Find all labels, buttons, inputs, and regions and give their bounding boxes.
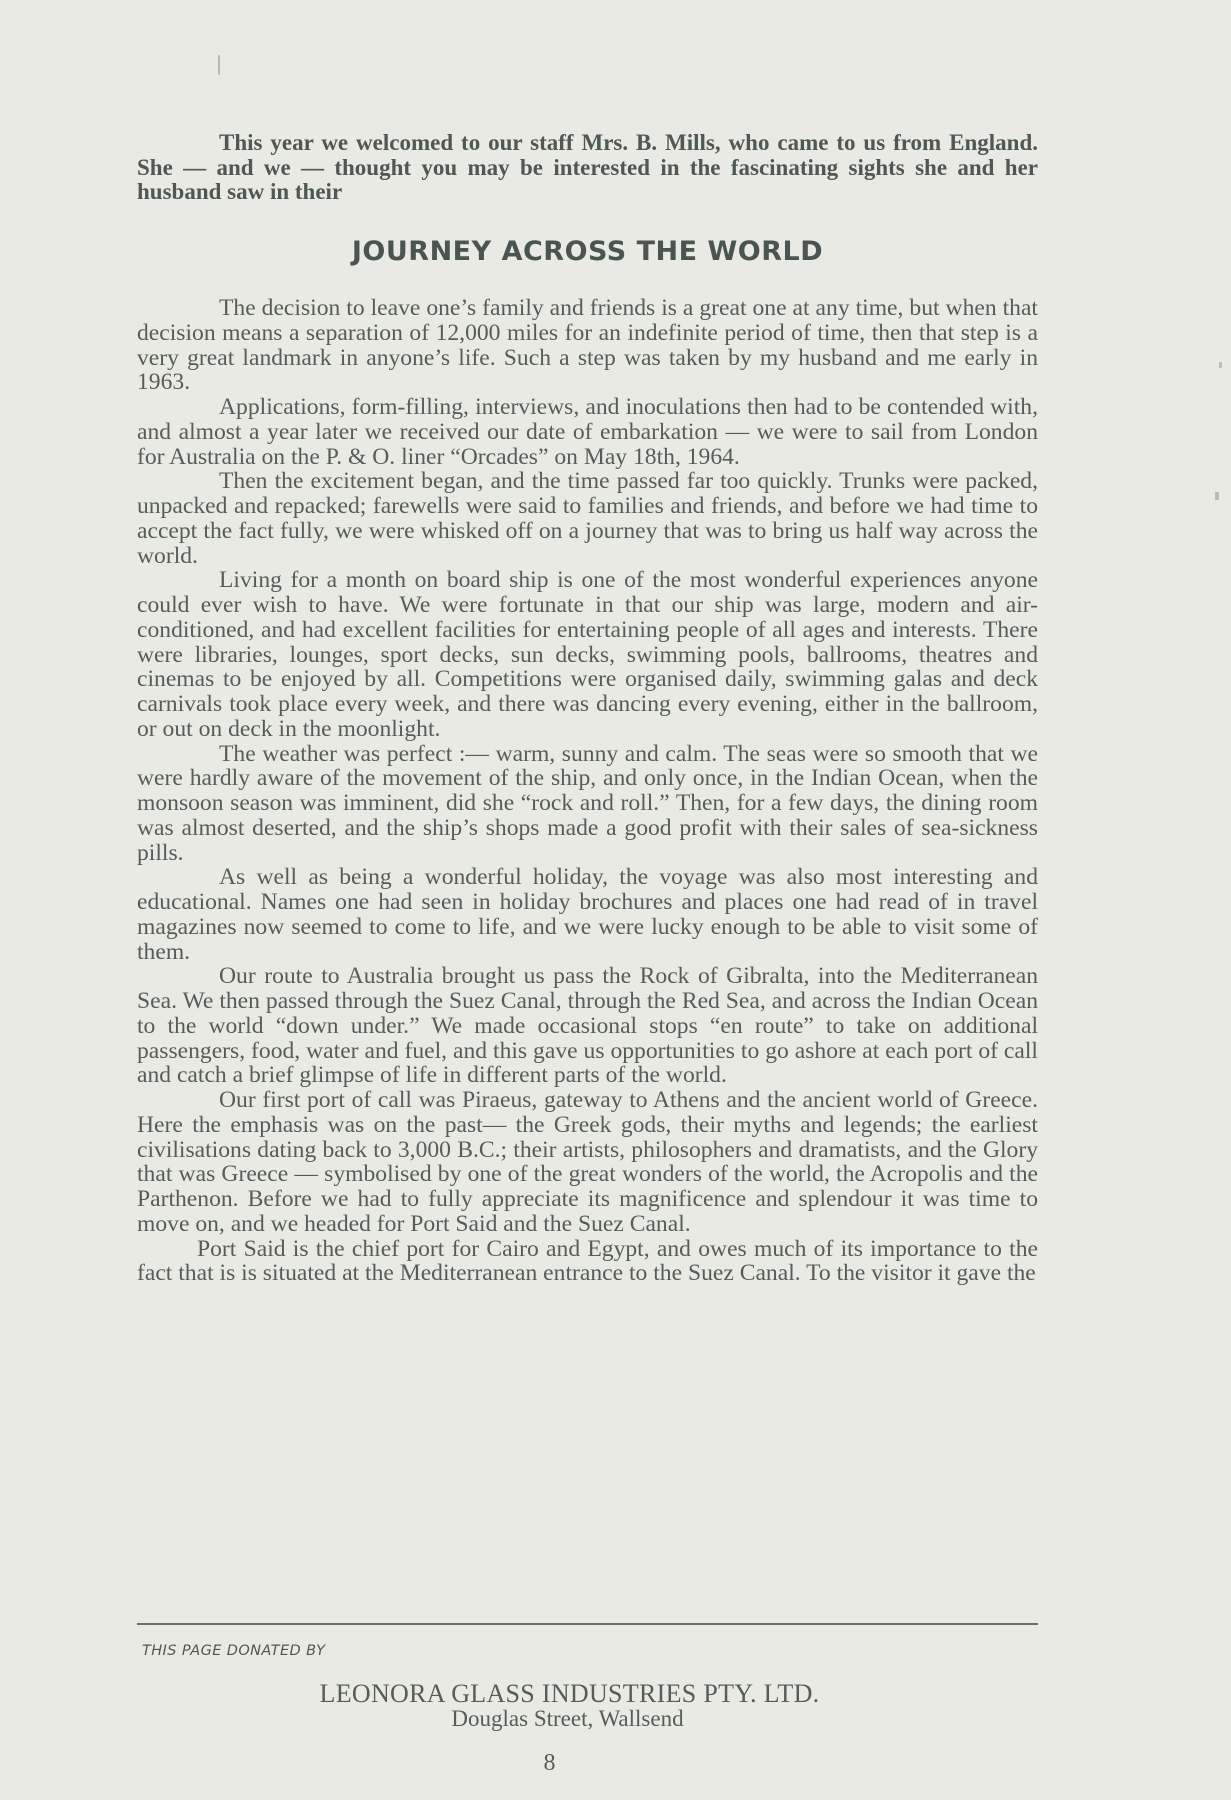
intro-paragraph: This year we welcomed to our staff Mrs. … bbox=[137, 131, 1038, 205]
body-paragraph: As well as being a wonderful holiday, th… bbox=[137, 865, 1038, 964]
scan-speck bbox=[218, 55, 220, 75]
body-paragraph: The weather was perfect :— warm, sunny a… bbox=[137, 742, 1038, 866]
body-paragraph: Applications, form-filling, interviews, … bbox=[137, 395, 1038, 469]
donor-address: Douglas Street, Wallsend bbox=[97, 1707, 1038, 1731]
page-number: 8 bbox=[99, 1750, 1000, 1777]
body-paragraph: Living for a month on board ship is one … bbox=[137, 568, 1038, 741]
body-paragraph: Our first port of call was Piraeus, gate… bbox=[137, 1088, 1038, 1237]
article-title: JOURNEY ACROSS THE WORLD bbox=[137, 236, 1038, 267]
donated-label: THIS PAGE DONATED BY bbox=[142, 1643, 325, 1659]
scan-speck bbox=[1215, 492, 1219, 500]
body-paragraph: Our route to Australia brought us pass t… bbox=[137, 964, 1038, 1088]
donor-block: LEONORA GLASS INDUSTRIES PTY. LTD. Dougl… bbox=[137, 1680, 1038, 1731]
body-paragraph: Then the excitement began, and the time … bbox=[137, 469, 1038, 568]
donor-company: LEONORA GLASS INDUSTRIES PTY. LTD. bbox=[101, 1680, 1038, 1707]
footer-divider bbox=[137, 1623, 1038, 1625]
body-paragraph: The decision to leave one’s family and f… bbox=[137, 296, 1038, 395]
body-paragraph: Port Said is the chief port for Cairo an… bbox=[137, 1237, 1038, 1287]
article-body: The decision to leave one’s family and f… bbox=[137, 296, 1038, 1286]
scan-speck bbox=[1219, 362, 1222, 368]
